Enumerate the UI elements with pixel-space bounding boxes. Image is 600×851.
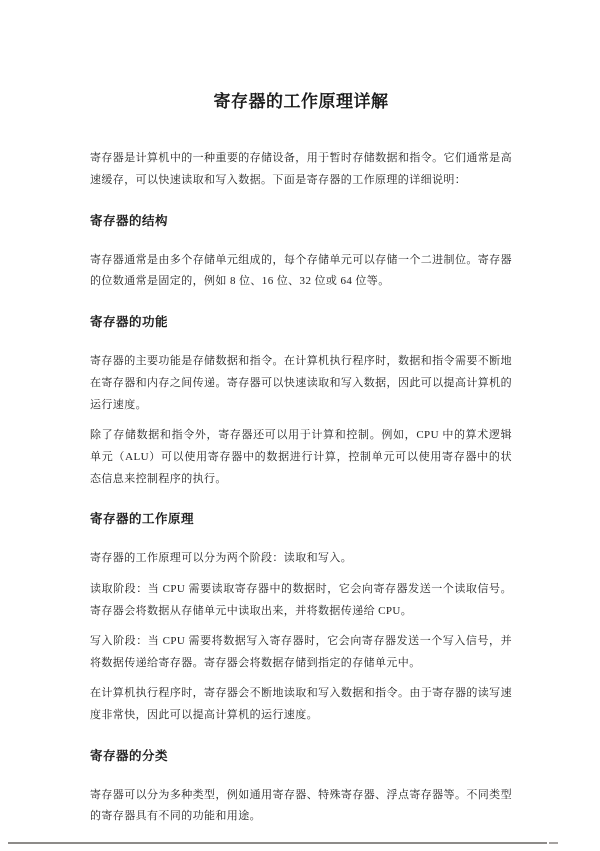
section-function: 寄存器的功能 寄存器的主要功能是存储数据和指令。在计算机执行程序时，数据和指令需… (90, 312, 512, 490)
section-heading-structure: 寄存器的结构 (90, 211, 512, 231)
page-bottom-divider (8, 842, 547, 844)
section-heading-working-principle: 寄存器的工作原理 (90, 509, 512, 529)
intro-paragraph: 寄存器是计算机中的一种重要的存储设备，用于暂时存储数据和指令。它们通常是高速缓存… (90, 148, 512, 192)
section-structure: 寄存器的结构 寄存器通常是由多个存储单元组成的，每个存储单元可以存储一个二进制位… (90, 211, 512, 294)
section-heading-function: 寄存器的功能 (90, 312, 512, 332)
page-title: 寄存器的工作原理详解 (90, 0, 512, 114)
page-content: 寄存器的工作原理详解 寄存器是计算机中的一种重要的存储设备，用于暂时存储数据和指… (90, 0, 512, 828)
section-heading-classification: 寄存器的分类 (90, 746, 512, 766)
paragraph: 在计算机执行程序时，寄存器会不断地读取和写入数据和指令。由于寄存器的读写速度非常… (90, 683, 512, 727)
paragraph: 寄存器的主要功能是存储数据和指令。在计算机执行程序时，数据和指令需要不断地在寄存… (90, 351, 512, 416)
paragraph: 寄存器可以分为多种类型，例如通用寄存器、特殊寄存器、浮点寄存器等。不同类型的寄存… (90, 785, 512, 829)
document-page: 寄存器的工作原理详解 寄存器是计算机中的一种重要的存储设备，用于暂时存储数据和指… (0, 0, 600, 851)
paragraph: 除了存储数据和指令外，寄存器还可以用于计算和控制。例如，CPU 中的算术逻辑单元… (90, 425, 512, 490)
paragraph: 寄存器通常是由多个存储单元组成的，每个存储单元可以存储一个二进制位。寄存器的位数… (90, 250, 512, 294)
paragraph: 寄存器的工作原理可以分为两个阶段：读取和写入。 (90, 548, 512, 570)
section-classification: 寄存器的分类 寄存器可以分为多种类型，例如通用寄存器、特殊寄存器、浮点寄存器等。… (90, 746, 512, 829)
section-working-principle: 寄存器的工作原理 寄存器的工作原理可以分为两个阶段：读取和写入。 读取阶段：当 … (90, 509, 512, 726)
paragraph: 写入阶段：当 CPU 需要将数据写入寄存器时，它会向寄存器发送一个写入信号，并将… (90, 631, 512, 675)
page-bottom-divider-segment (549, 842, 558, 844)
paragraph: 读取阶段：当 CPU 需要读取寄存器中的数据时，它会向寄存器发送一个读取信号。寄… (90, 579, 512, 623)
